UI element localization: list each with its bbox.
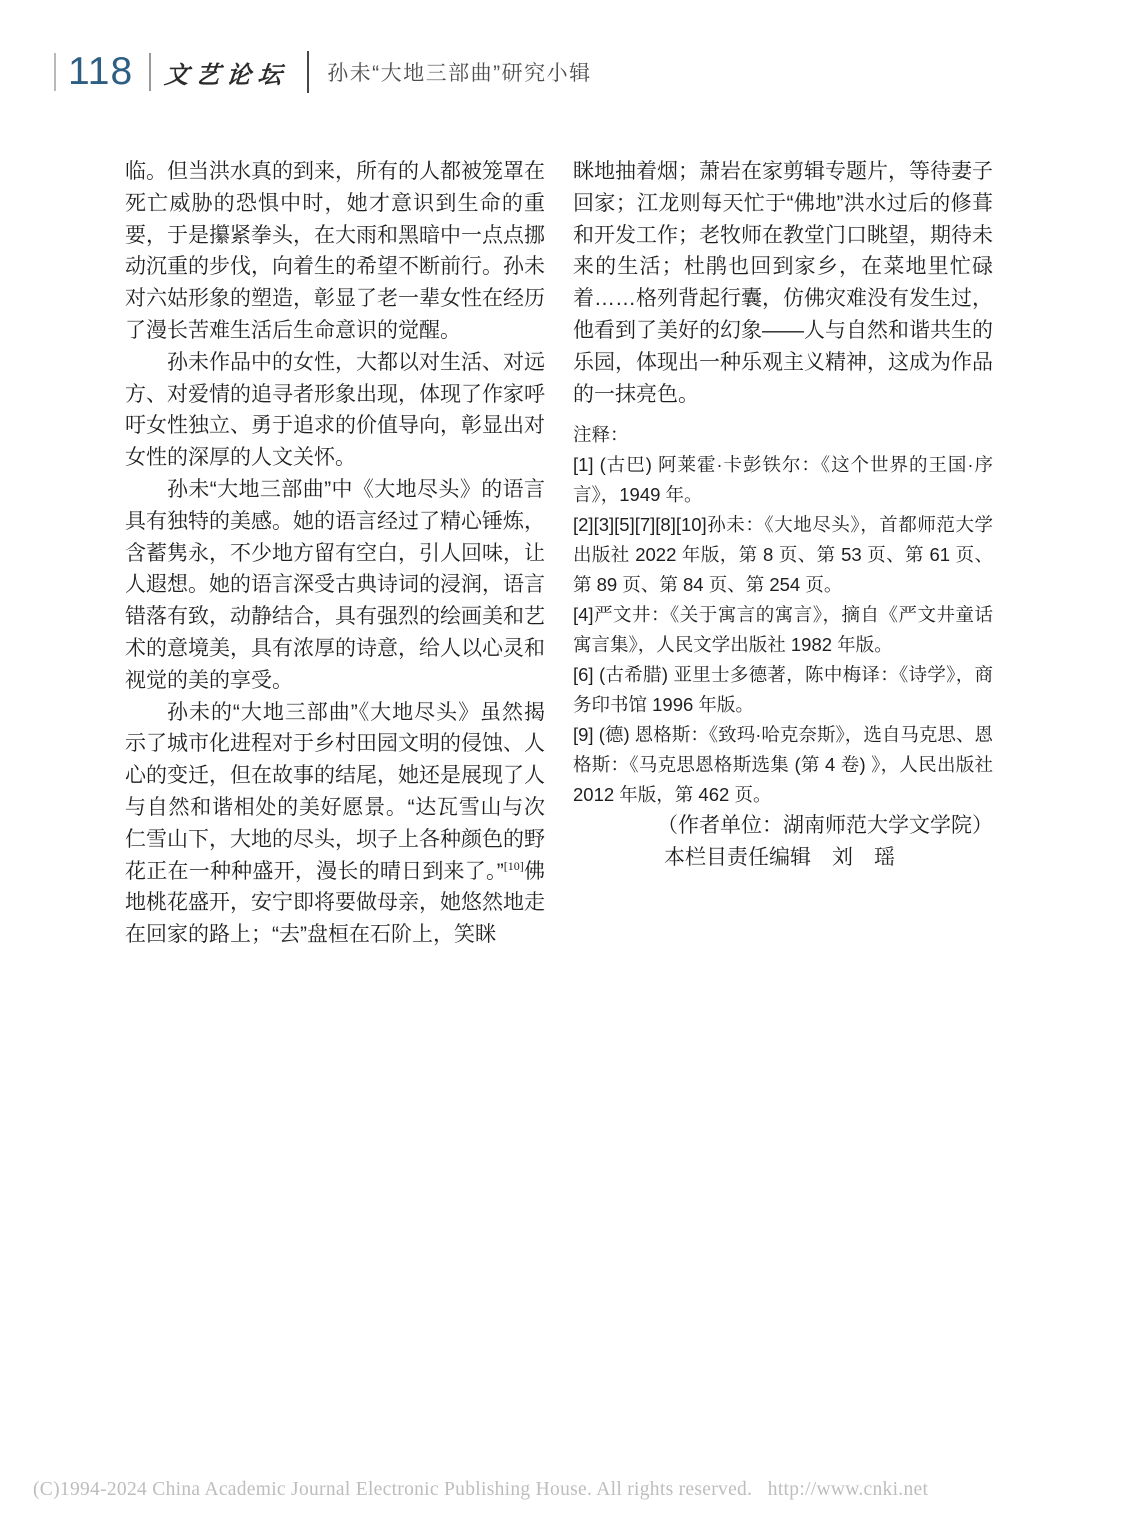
note-item: [4]严文井：《关于寓言的寓言》，摘自《严文井童话寓言集》，人民文学出版社 19… xyxy=(573,600,993,660)
author-affiliation: （作者单位：湖南师范大学文学院） xyxy=(573,810,993,842)
footer-spacer xyxy=(752,1479,768,1500)
right-column: 眯地抽着烟；萧岩在家剪辑专题片，等待妻子回家；江龙则每天忙于“佛地”洪水过后的修… xyxy=(573,156,993,874)
note-item: [2][3][5][7][8][10]孙未：《大地尽头》，首都师范大学出版社 2… xyxy=(573,510,993,600)
note-item: [9] (德) 恩格斯：《致玛·哈克奈斯》，选自马克思、恩格斯：《马克思恩格斯选… xyxy=(573,720,993,810)
paragraph-text: 孙未的“大地三部曲”《大地尽头》虽然揭示了城市化进程对于乡村田园文明的侵蚀、人心… xyxy=(125,701,545,883)
paragraph-continuation: 眯地抽着烟；萧岩在家剪辑专题片，等待妻子回家；江龙则每天忙于“佛地”洪水过后的修… xyxy=(573,156,993,410)
copyright-text: (C)1994-2024 China Academic Journal Elec… xyxy=(33,1479,752,1500)
header-divider-dark xyxy=(307,51,309,93)
note-item: [1] (古巴) 阿莱霍·卡彭铁尔：《这个世界的王国·序言》，1949 年。 xyxy=(573,450,993,510)
paragraph: 孙未的“大地三部曲”《大地尽头》虽然揭示了城市化进程对于乡村田园文明的侵蚀、人心… xyxy=(125,697,545,951)
notes-heading: 注释： xyxy=(573,420,993,450)
paragraph-continuation: 临。但当洪水真的到来，所有的人都被笼罩在死亡威胁的恐惧中时，她才意识到生命的重要… xyxy=(125,156,545,347)
note-item: [6] (古希腊) 亚里士多德著，陈中梅译：《诗学》，商务印书馆 1996 年版… xyxy=(573,660,993,720)
journal-logo: 文艺论坛 xyxy=(163,55,291,90)
left-column: 临。但当洪水真的到来，所有的人都被笼罩在死亡威胁的恐惧中时，她才意识到生命的重要… xyxy=(125,156,545,951)
paragraph: 孙未作品中的女性，大都以对生活、对远方、对爱情的追寻者形象出现，体现了作家呼吁女… xyxy=(125,347,545,474)
column-editor: 本栏目责任编辑 刘 瑶 xyxy=(573,842,993,874)
paragraph: 孙未“大地三部曲”中《大地尽头》的语言具有独特的美感。她的语言经过了精心锤炼，含… xyxy=(125,474,545,697)
page-number: 118 xyxy=(68,50,133,94)
header-divider-left xyxy=(54,53,56,91)
header-divider-mid xyxy=(149,53,151,91)
copyright-footer: (C)1994-2024 China Academic Journal Elec… xyxy=(33,1479,928,1501)
cnki-url: http://www.cnki.net xyxy=(768,1479,928,1500)
page-header: 118 文艺论坛 孙未“大地三部曲”研究小辑 xyxy=(54,48,592,96)
footnote-ref-10: [10] xyxy=(504,859,524,873)
section-title: 孙未“大地三部曲”研究小辑 xyxy=(327,57,592,87)
journal-page: 118 文艺论坛 孙未“大地三部曲”研究小辑 临。但当洪水真的到来，所有的人都被… xyxy=(0,0,1126,1530)
notes-section: 注释： [1] (古巴) 阿莱霍·卡彭铁尔：《这个世界的王国·序言》，1949 … xyxy=(573,420,993,810)
